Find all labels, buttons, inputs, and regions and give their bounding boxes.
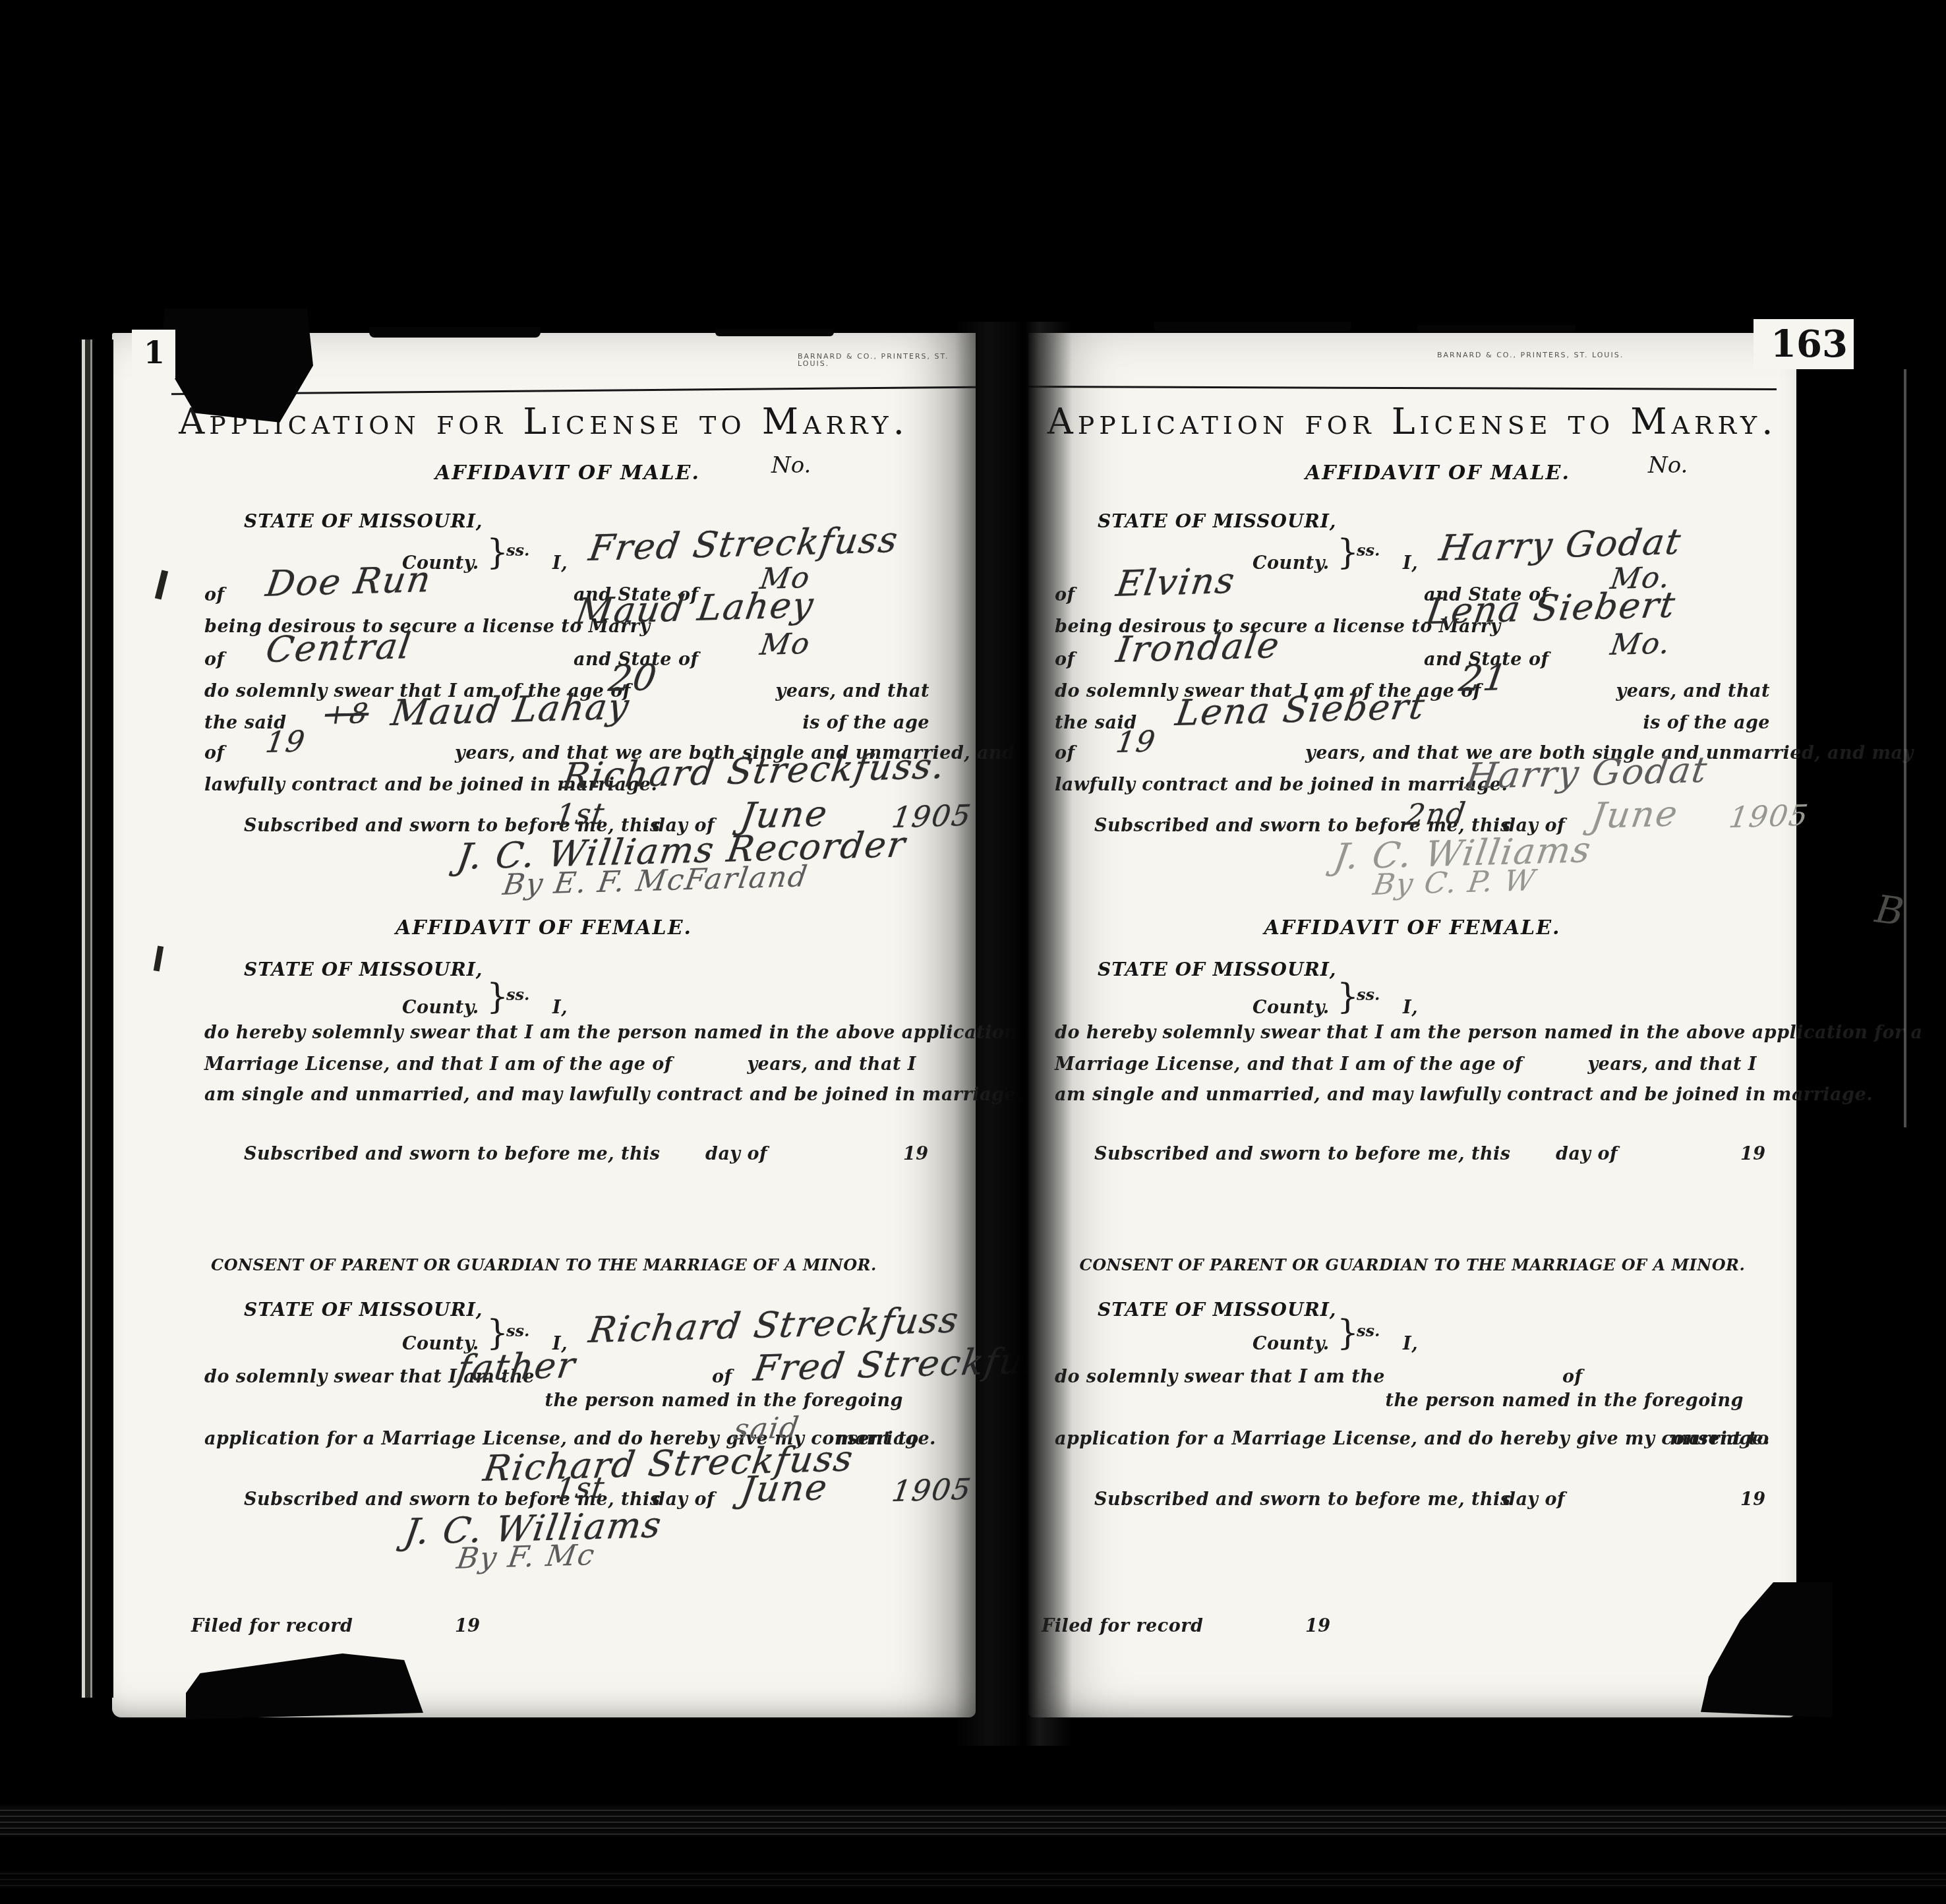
affidavit-female-heading: AFFIDAVIT OF FEMALE. — [1264, 916, 1560, 939]
affidavit-male-heading: AFFIDAVIT OF MALE. — [1305, 463, 1570, 483]
scanbed-streak-band — [0, 1871, 1946, 1888]
page-number-strip: 163 — [1754, 319, 1854, 369]
bride-age-entry: 19 — [264, 727, 308, 758]
sworn-month-entry: June — [1589, 796, 1681, 834]
consent-parent-name-entry: Richard Streckfuss — [587, 1302, 962, 1348]
groom-age-entry: 21 — [1457, 660, 1510, 697]
scanned-register-page: BARNARD & CO., PRINTERS, ST. LOUIS. Appl… — [0, 0, 1946, 1904]
female-single-label: am single and unmarried, and may lawfull… — [204, 1086, 1022, 1104]
years-and-that-label: years, and that — [1616, 682, 1770, 700]
edge-nick — [369, 327, 541, 338]
subscribed-label: Subscribed and sworn to before me, this — [1094, 1491, 1511, 1508]
edge-nick — [715, 329, 834, 336]
number-label: No. — [1648, 454, 1688, 477]
i-label: I, — [1403, 1335, 1418, 1353]
of-label: of — [204, 744, 225, 762]
groom-signature-entry: Richard Streckfuss. — [560, 748, 948, 794]
brace-glyph: } — [1337, 1318, 1359, 1349]
number-label: No. — [771, 454, 811, 477]
ink-smudge — [155, 570, 168, 599]
is-of-age-label: is of the age — [802, 714, 929, 732]
consent-relation-entry: father — [455, 1348, 578, 1386]
edge-nick — [1154, 322, 1351, 332]
nineteen-label: 19 — [1305, 1617, 1331, 1635]
of-label: of — [204, 651, 225, 669]
form-title: Application for License to Marry. — [1047, 401, 1778, 442]
state-heading: STATE OF MISSOURI, — [244, 1301, 483, 1319]
female-swear-label: do hereby solemnly swear that I am the p… — [204, 1024, 1073, 1042]
day-of-label: day of — [705, 1145, 767, 1163]
left-page: BARNARD & CO., PRINTERS, ST. LOUIS. Appl… — [112, 333, 976, 1717]
sworn-day-entry: 2nd — [1404, 799, 1468, 830]
bride-state-entry: Mo. — [1608, 629, 1673, 660]
consent-month-entry: June — [738, 1470, 831, 1508]
i-label: I, — [1403, 554, 1418, 572]
sworn-day-entry: 1st — [554, 800, 607, 830]
state-heading: STATE OF MISSOURI, — [244, 512, 483, 531]
page-edge-sliver — [1904, 369, 1906, 1127]
marriage-label: marriage. — [1670, 1430, 1770, 1448]
bride-residence-entry: Irondale — [1114, 628, 1283, 668]
said-bride-name-entry: Lena Siebert — [1173, 689, 1428, 731]
county-label: County. — [1253, 554, 1330, 572]
is-of-age-label: is of the age — [1643, 714, 1770, 732]
stray-ink-mark: B — [1873, 889, 1906, 931]
of-label: of — [1562, 1368, 1583, 1386]
printer-imprint: BARNARD & CO., PRINTERS, ST. LOUIS. — [1437, 351, 1624, 359]
consent-swear-label: do solemnly swear that I am the — [1055, 1368, 1385, 1386]
county-label: County. — [1253, 999, 1330, 1017]
bride-name-entry: Lena Siebert — [1424, 587, 1678, 630]
brace-glyph: } — [1337, 982, 1359, 1013]
female-swear-label: do hereby solemnly swear that I am the p… — [1055, 1024, 1923, 1042]
nineteen-label: 19 — [455, 1617, 481, 1635]
groom-residence-entry: Elvins — [1114, 563, 1238, 602]
ss-label: ss. — [506, 1323, 529, 1339]
filed-label: Filed for record — [191, 1617, 353, 1635]
person-named-label: the person named in the foregoing — [1385, 1392, 1744, 1410]
brace-glyph: } — [1337, 537, 1359, 568]
printer-imprint: BARNARD & CO., PRINTERS, ST. LOUIS. — [798, 353, 976, 367]
ink-smudge — [154, 946, 163, 972]
subscribed-label: Subscribed and sworn to before me, this — [244, 1145, 661, 1163]
right-page: BARNARD & CO., PRINTERS, ST. LOUIS. Appl… — [1028, 333, 1796, 1717]
bride-name-entry: Maud Lahey — [574, 587, 817, 630]
struck-entry: +8 — [323, 699, 370, 729]
affidavit-female-heading: AFFIDAVIT OF FEMALE. — [396, 916, 692, 939]
nineteen-label: 19 — [1740, 1145, 1766, 1163]
consent-heading: CONSENT OF PARENT OR GUARDIAN TO THE MAR… — [211, 1255, 877, 1274]
brace-glyph: } — [486, 1318, 508, 1349]
of-label: of — [204, 586, 225, 604]
consent-application-label: application for a Marriage License, and … — [1055, 1430, 1769, 1448]
lawfully-label: lawfully contract and be joined in marri… — [1055, 776, 1508, 794]
edge-page-number: 1 — [144, 338, 165, 368]
female-years-label: years, and that I — [1587, 1056, 1757, 1073]
bride-residence-entry: Central — [264, 628, 414, 668]
affidavit-male-heading: AFFIDAVIT OF MALE. — [435, 463, 700, 483]
brace-glyph: } — [486, 982, 508, 1013]
consent-day-entry: 1st — [554, 1473, 607, 1504]
ss-label: ss. — [506, 543, 529, 558]
groom-signature-entry: Harry Godat — [1463, 752, 1710, 794]
day-of-label: day of — [1503, 1491, 1565, 1508]
female-license-label: Marriage License, and that I am of the a… — [1055, 1056, 1523, 1073]
ss-label: ss. — [506, 987, 529, 1003]
state-heading: STATE OF MISSOURI, — [244, 961, 483, 979]
ss-label: ss. — [1357, 987, 1380, 1003]
county-label: County. — [402, 999, 479, 1017]
bride-age-entry: 19 — [1114, 727, 1158, 758]
consent-heading: CONSENT OF PARENT OR GUARDIAN TO THE MAR… — [1080, 1255, 1746, 1274]
of-label: of — [712, 1368, 732, 1386]
scanbed-streak-band — [0, 1805, 1946, 1837]
years-and-that-label: years, and that — [775, 682, 929, 700]
groom-name-entry: Fred Streckfuss — [587, 522, 901, 566]
subscribed-label: Subscribed and sworn to before me, this — [1094, 1145, 1511, 1163]
i-label: I, — [552, 999, 568, 1017]
bride-state-entry: Mo — [758, 630, 812, 660]
i-label: I, — [552, 554, 568, 572]
female-single-label: am single and unmarried, and may lawfull… — [1055, 1086, 1873, 1104]
person-named-label: the person named in the foregoing — [545, 1392, 903, 1410]
i-label: I, — [1403, 999, 1418, 1017]
brace-glyph: } — [486, 537, 508, 568]
said-bride-name-entry: Maud Lahay — [389, 689, 632, 731]
state-heading: STATE OF MISSOURI, — [1098, 961, 1337, 979]
edge-nick — [1417, 325, 1576, 332]
top-rule — [1028, 386, 1777, 390]
ss-label: ss. — [1357, 1323, 1380, 1339]
groom-name-entry: Harry Godat — [1437, 524, 1684, 566]
ss-label: ss. — [1357, 543, 1380, 558]
nineteen-label: 19 — [903, 1145, 929, 1163]
page-number: 163 — [1771, 326, 1848, 363]
day-of-label: day of — [1556, 1145, 1618, 1163]
state-heading: STATE OF MISSOURI, — [1098, 512, 1337, 531]
deputy-signature-entry: By E. F. McFarland — [501, 862, 810, 900]
county-label: County. — [1253, 1335, 1330, 1353]
book-page-edges — [76, 340, 113, 1698]
edge-page-number-patch: 1 — [132, 330, 175, 378]
female-years-label: years, and that I — [747, 1056, 916, 1073]
deputy-signature-entry: By F. Mc — [455, 1541, 597, 1574]
state-heading: STATE OF MISSOURI, — [1098, 1301, 1337, 1319]
deputy-signature-entry: By C. P. W — [1371, 866, 1538, 900]
groom-residence-entry: Doe Run — [264, 562, 434, 602]
sworn-year-entry: 1905 — [1727, 802, 1811, 833]
nineteen-label: 19 — [1740, 1491, 1766, 1508]
female-license-label: Marriage License, and that I am of the a… — [204, 1056, 672, 1073]
book-gutter-shadow — [955, 322, 1072, 1746]
